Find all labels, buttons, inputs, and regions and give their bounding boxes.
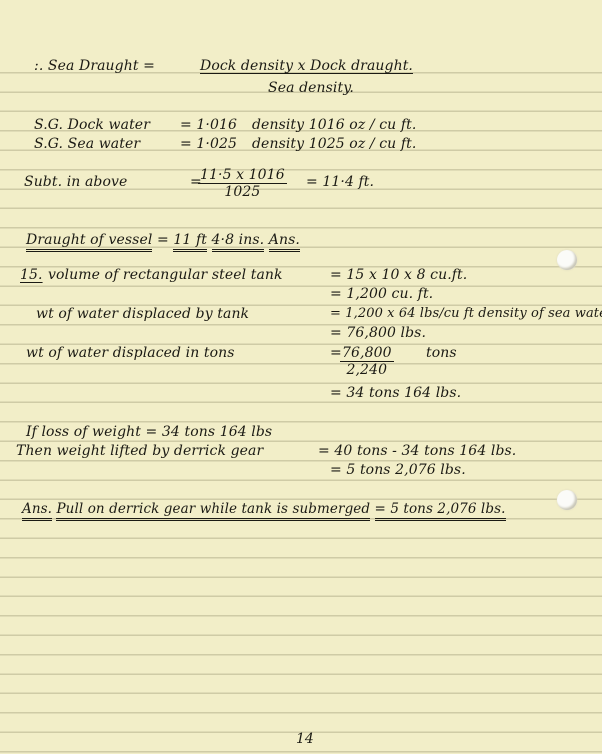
draught-answer: Draught of vessel = 11 ft 4·8 ins. Ans. [26,232,300,248]
wt-tons-denominator: 2,240 [340,362,394,378]
draught-answer-ft: 11 ft [173,232,207,252]
draught-answer-label: Draught of vessel [26,232,152,252]
question-15-number: 15. [20,267,43,283]
wt-tons-label: wt of water displaced in tons [26,345,235,361]
sea-draught-numerator: Dock density x Dock draught. [200,58,413,74]
q15-volume-result: = 1,200 cu. ft. [330,286,433,302]
page-number: 14 [296,731,314,747]
sg-sea-label: S.G. Sea water [34,136,140,152]
wt-tons-result: = 34 tons 164 lbs. [330,385,461,401]
lifted-result: = 5 tons 2,076 lbs. [330,462,466,478]
sg-sea-density: density 1025 oz / cu ft. [252,136,416,152]
sg-sea-value: = 1·025 [180,136,237,152]
sg-dock-value: = 1·016 [180,117,237,133]
loss-of-weight: If loss of weight = 34 tons 164 lbs [26,424,272,440]
draught-answer-eq: = [157,232,169,248]
wt-displaced-result: = 76,800 lbs. [330,325,426,341]
punch-hole-icon [557,490,577,510]
sg-dock-density: density 1016 oz / cu ft. [252,117,416,133]
draught-answer-ans: Ans. [269,232,300,252]
final-answer-value: = 5 tons 2,076 lbs. [375,501,506,521]
wt-tons-fraction: 76,800 2,240 [340,345,394,378]
lifted-label: Then weight lifted by derrick gear [16,443,263,459]
q15-volume-value: = 15 x 10 x 8 cu.ft. [330,267,467,283]
wt-tons-numerator: 76,800 [340,345,394,362]
draught-answer-ins: 4·8 ins. [212,232,265,252]
subst-result: = 11·4 ft. [306,174,374,190]
final-answer-prefix: Ans. [22,501,52,521]
subst-denominator: 1025 [198,184,287,200]
wt-displaced-label: wt of water displaced by tank [36,306,249,322]
sea-draught-label: :. Sea Draught = [34,58,155,74]
wt-displaced-value: = 1,200 x 64 lbs/cu ft density of sea wa… [330,306,602,321]
subst-numerator: 11·5 x 1016 [198,167,287,184]
punch-hole-icon [557,250,577,270]
sea-draught-denominator: Sea density. [268,80,354,96]
q15-volume-label: volume of rectangular steel tank [48,267,283,283]
ruled-paper [0,0,602,754]
final-answer-label: Pull on derrick gear while tank is subme… [56,501,370,521]
subst-label: Subt. in above [24,174,127,190]
subst-fraction: 11·5 x 1016 1025 [198,167,287,200]
wt-tons-unit: tons [426,345,457,361]
lifted-value: = 40 tons - 34 tons 164 lbs. [318,443,516,459]
sg-dock-label: S.G. Dock water [34,117,150,133]
final-answer: Ans. Pull on derrick gear while tank is … [22,501,506,517]
